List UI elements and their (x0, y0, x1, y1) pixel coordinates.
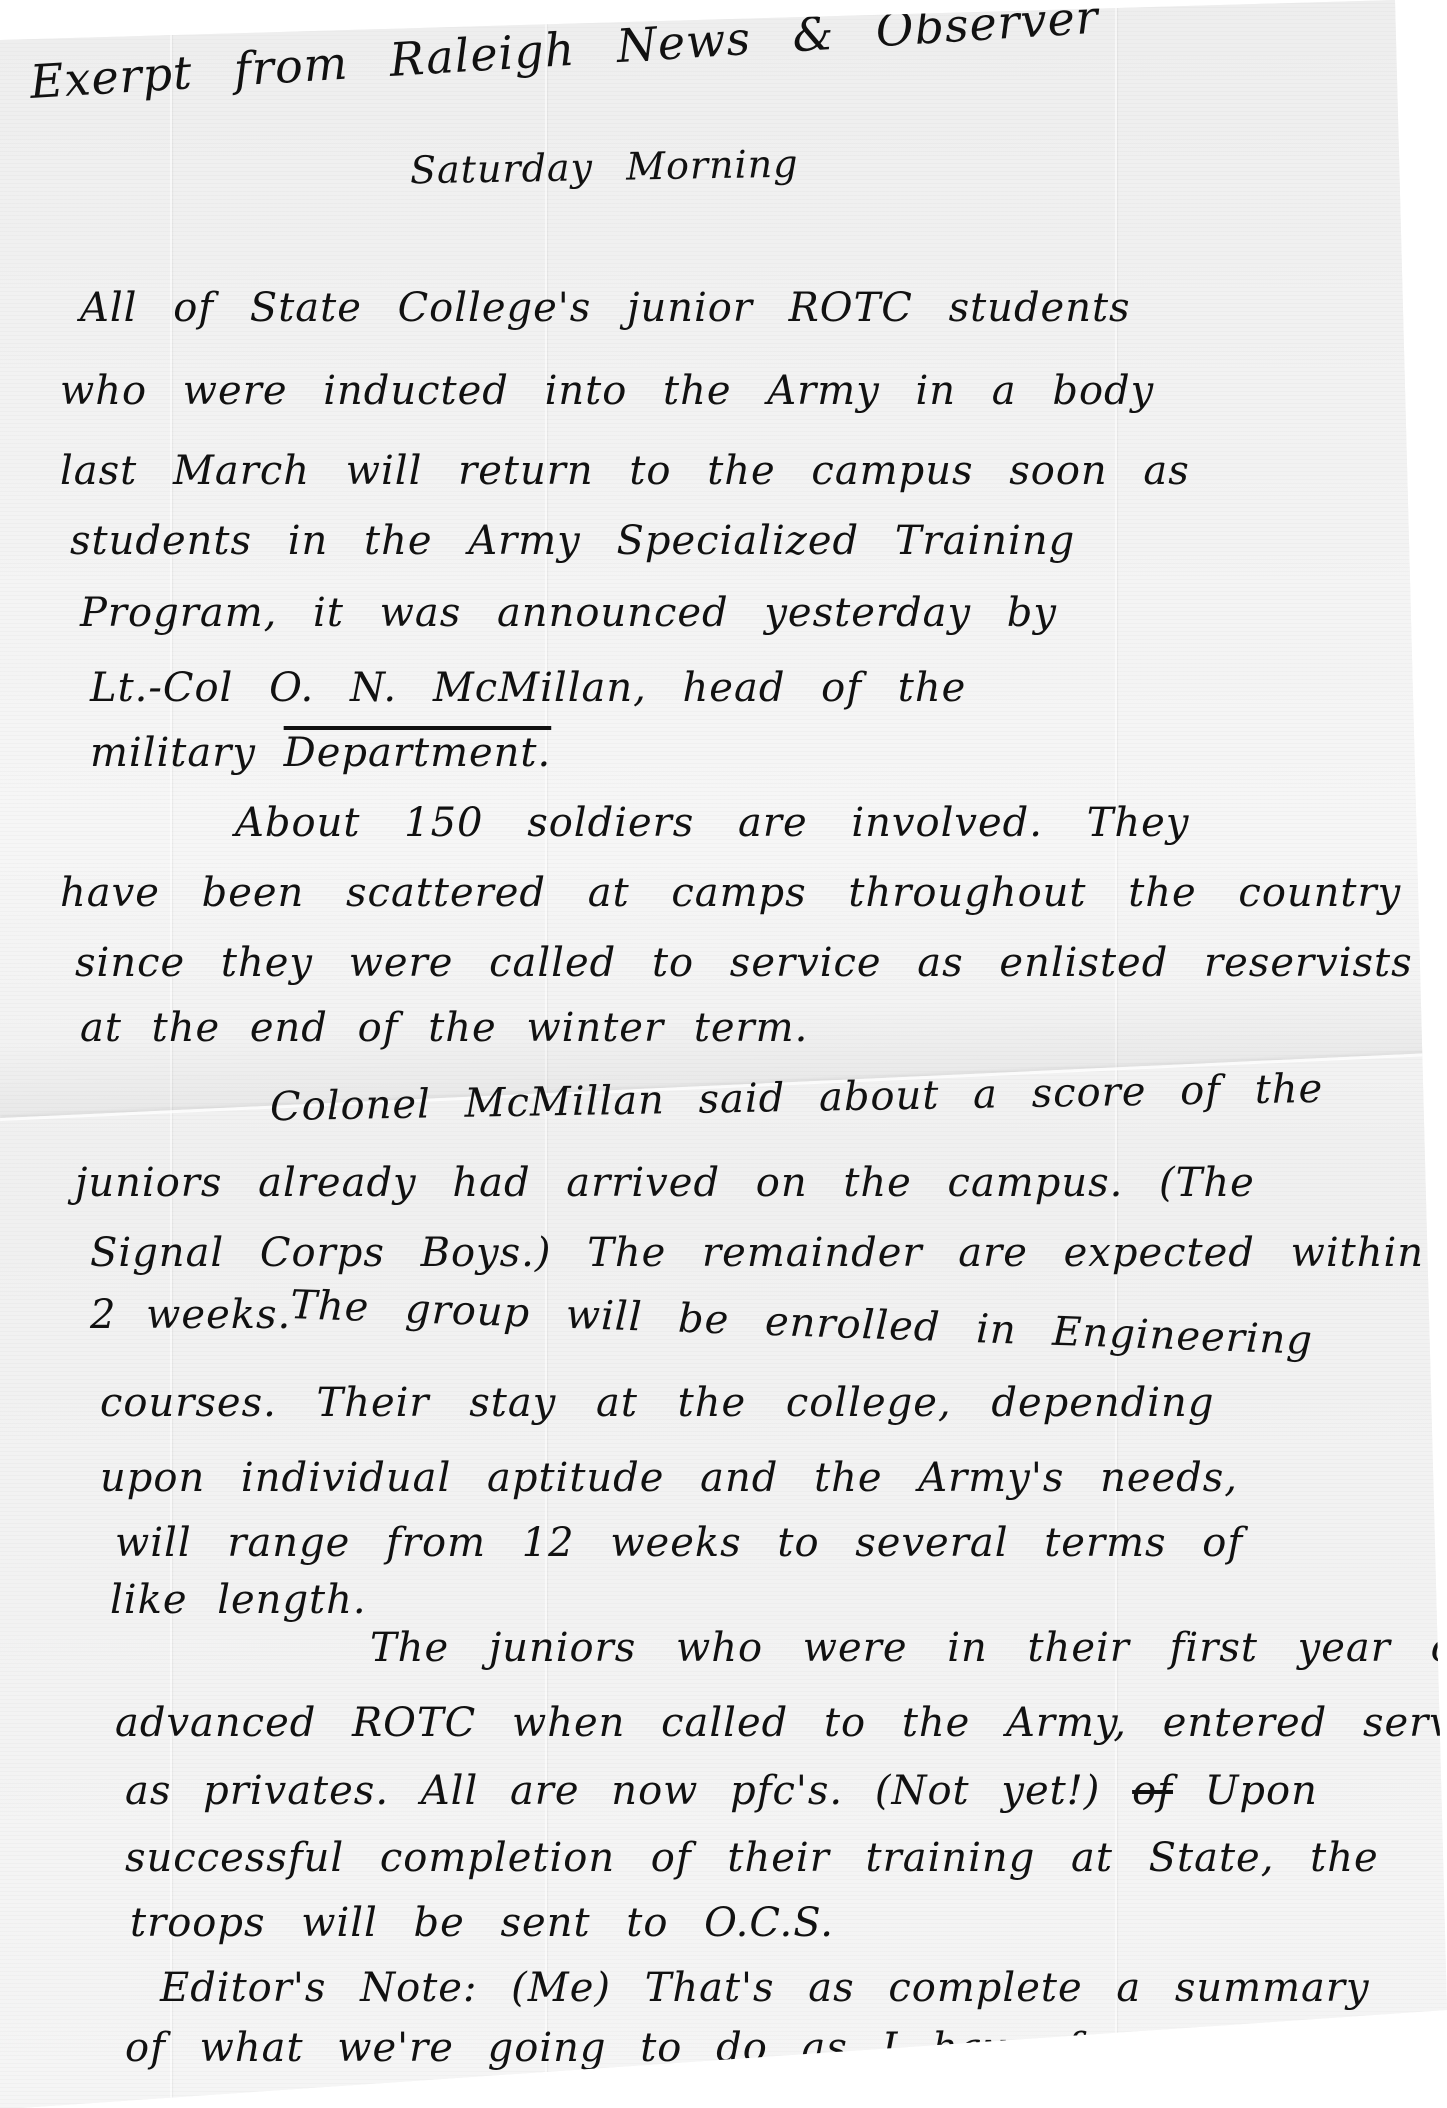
text-fragment: Upon (1205, 1768, 1318, 1814)
letter-subheading: Saturday Morning (410, 142, 799, 193)
text-line: advanced ROTC when called to the Army, e… (115, 1700, 1447, 1746)
text-line: successful completion of their training … (125, 1835, 1379, 1881)
text-line: last March will return to the campus soo… (60, 448, 1190, 494)
struck-text: of (1132, 1768, 1173, 1814)
text-line: courses. Their stay at the college, depe… (100, 1380, 1214, 1426)
text-line: as privates. All are now pfc's. (Not yet… (125, 1768, 1318, 1814)
text-line: The juniors who were in their first year… (370, 1625, 1447, 1671)
paper-sheet: Exerpt from Raleigh News & Observer Satu… (0, 0, 1447, 2108)
text-line: troops will be sent to O.C.S. (130, 1900, 834, 1946)
text-line: All of State College's junior ROTC stude… (80, 285, 1131, 331)
text-line: of what we're going to do as I have foun… (125, 2025, 1200, 2071)
text-line: since they were called to service as enl… (75, 940, 1413, 986)
text-line: will range from 12 weeks to several term… (115, 1520, 1243, 1566)
text-fragment: Department. (284, 730, 552, 776)
signature: Win (1180, 2048, 1270, 2099)
text-line: upon individual aptitude and the Army's … (100, 1455, 1238, 1501)
text-fragment: as privates. All are now pfc's. (Not yet… (125, 1768, 1100, 1814)
editors-note: Editor's Note: (Me) That's as complete a… (160, 1965, 1370, 2011)
text-fragment: military (90, 730, 256, 776)
text-line: juniors already had arrived on the campu… (75, 1160, 1255, 1206)
letter-heading: Exerpt from Raleigh News & Observer (28, 0, 1100, 109)
text-line: have been scattered at camps throughout … (60, 870, 1401, 916)
text-line: who were inducted into the Army in a bod… (60, 368, 1154, 414)
text-line: Lt.-Col O. N. McMillan, head of the (90, 665, 966, 711)
text-line: The group will be enrolled in Engineerin… (290, 1282, 1314, 1364)
text-line: students in the Army Specialized Trainin… (70, 518, 1075, 564)
text-line: Program, it was announced yesterday by (80, 590, 1057, 636)
text-line: About 150 soldiers are involved. They (235, 800, 1189, 846)
text-line: Signal Corps Boys.) The remainder are ex… (90, 1230, 1424, 1276)
text-line: military Department. (90, 730, 551, 776)
text-line: like length. (110, 1577, 367, 1623)
text-line: 2 weeks. (90, 1292, 291, 1338)
text-line: at the end of the winter term. (80, 1005, 808, 1051)
